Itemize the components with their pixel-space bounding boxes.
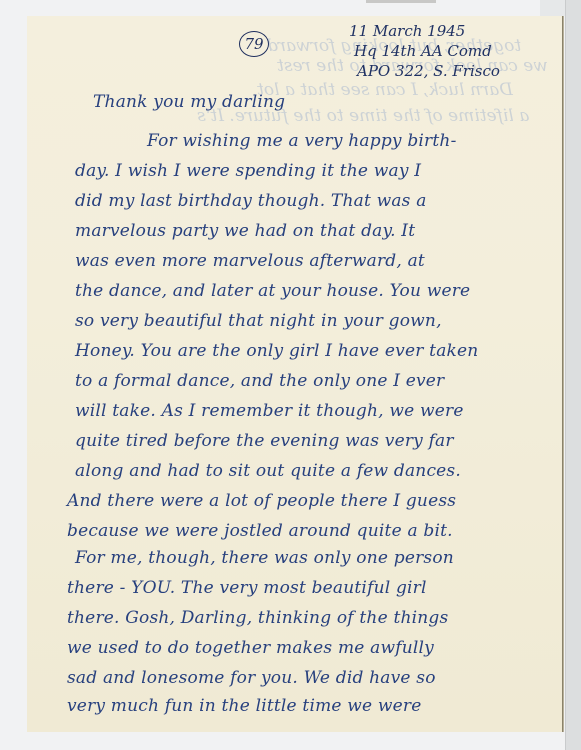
body-line: along and had to sit out quite a few dan… <box>75 461 461 481</box>
body-line: we used to do together makes me awfully <box>67 638 434 658</box>
body-line: very much fun in the little time we were <box>67 696 421 716</box>
body-line: sad and lonesome for you. We did have so <box>67 668 436 688</box>
body-line: there. Gosh, Darling, thinking of the th… <box>67 608 448 628</box>
scanner-background <box>540 0 565 16</box>
body-line: For wishing me a very happy birth- <box>147 131 457 151</box>
salutation: Thank you my darling <box>93 92 285 112</box>
body-line: For me, though, there was only one perso… <box>75 548 454 568</box>
body-line: because we were jostled around quite a b… <box>67 521 453 541</box>
letter-body: Thank you my darling For wishing me a ve… <box>27 16 562 732</box>
body-line: was even more marvelous afterward, at <box>75 251 425 271</box>
body-line: will take. As I remember it though, we w… <box>75 401 464 421</box>
body-line: the dance, and later at your house. You … <box>75 281 470 301</box>
body-line: so very beautiful that night in your gow… <box>75 311 442 331</box>
body-line: there - YOU. The very most beautiful gir… <box>67 578 427 598</box>
body-line: And there were a lot of people there I g… <box>67 491 456 511</box>
body-line: to a formal dance, and the only one I ev… <box>75 371 444 391</box>
scanner-background-right <box>565 0 581 750</box>
body-line: Honey. You are the only girl I have ever… <box>75 341 478 361</box>
letter-page: together, but looking forward we can loo… <box>27 16 562 732</box>
scanner-edge-strip <box>366 0 436 3</box>
body-line: day. I wish I were spending it the way I <box>75 161 421 181</box>
body-line: marvelous party we had on that day. It <box>75 221 415 241</box>
body-line: quite tired before the evening was very … <box>75 431 454 451</box>
body-line: did my last birthday though. That was a <box>75 191 427 211</box>
